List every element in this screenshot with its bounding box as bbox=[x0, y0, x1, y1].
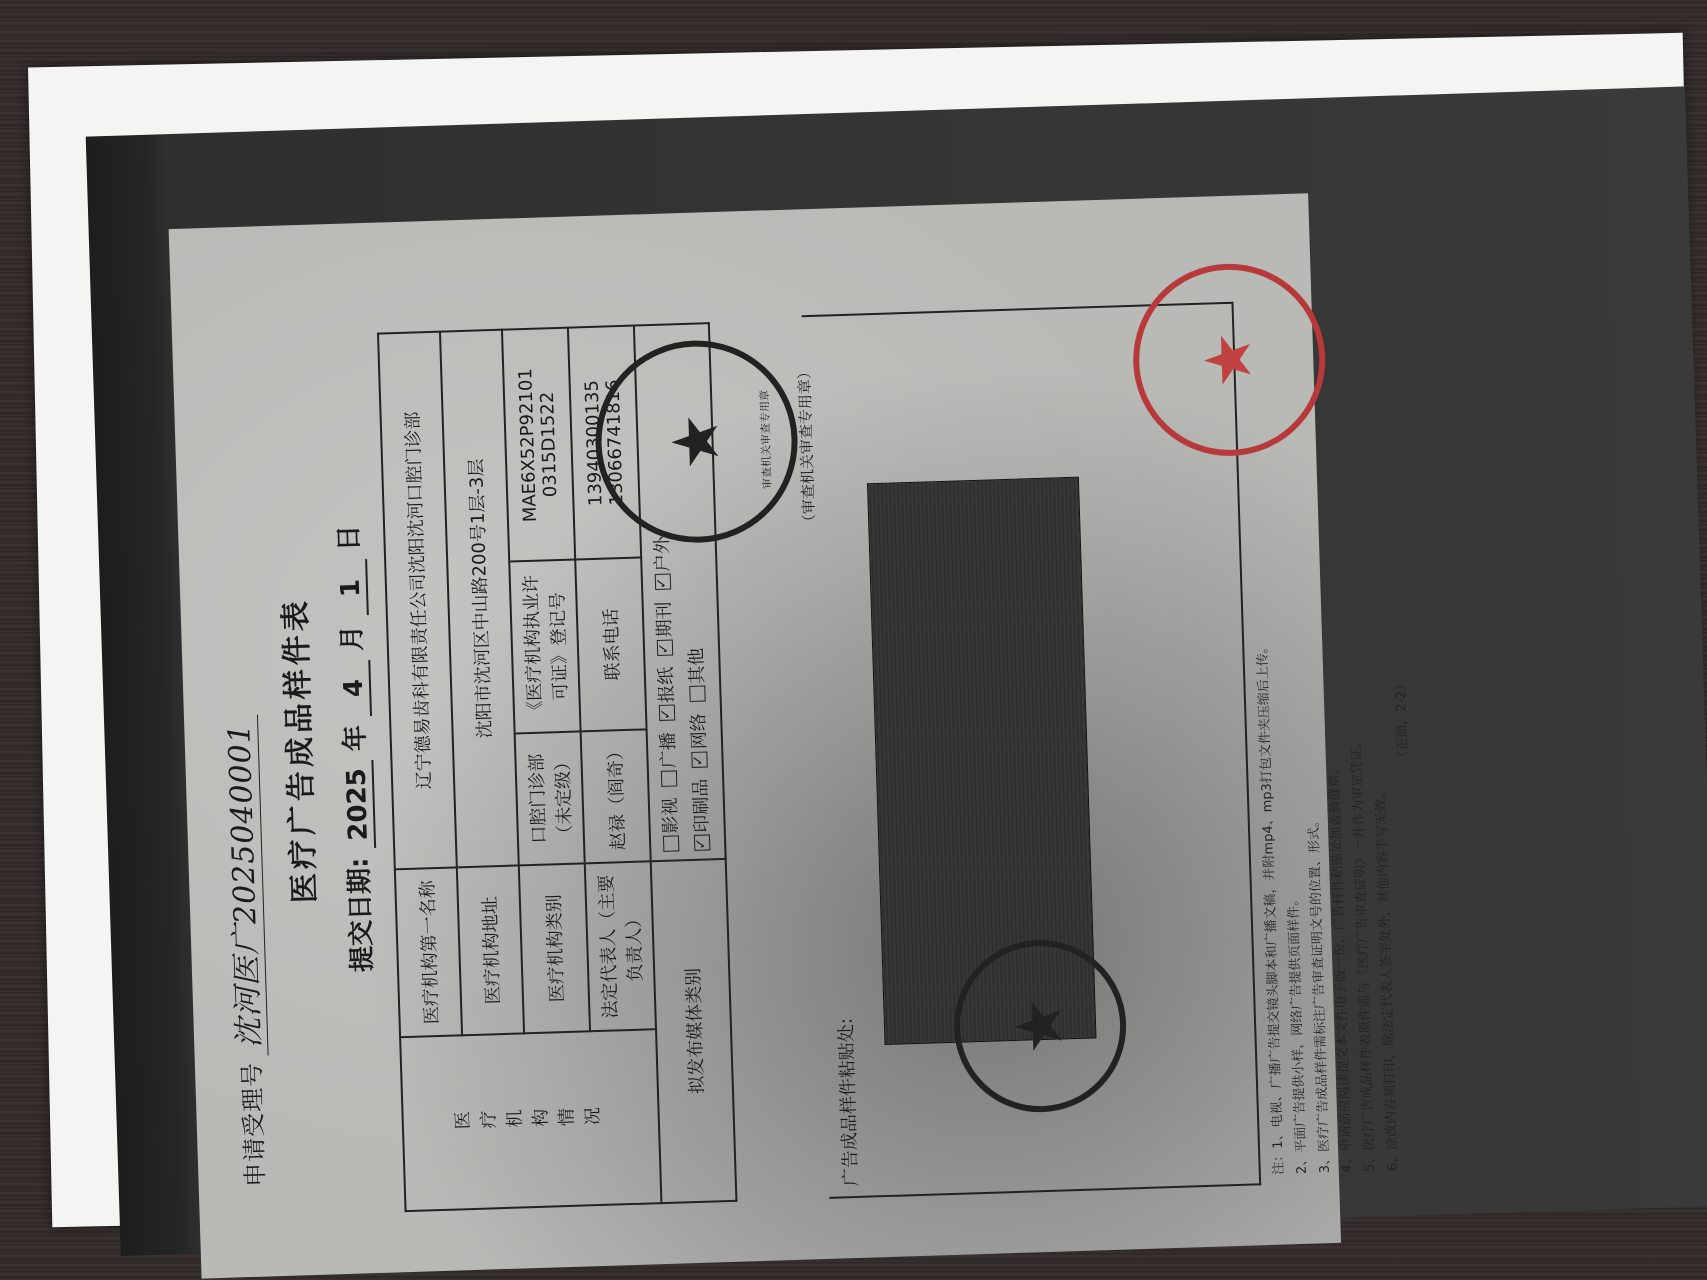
address-label: 医疗机构地址 bbox=[457, 865, 524, 1035]
license-value: MAE6X52P92101 0315D1522 bbox=[502, 328, 575, 562]
media-label: 拟发布媒体类别 bbox=[651, 859, 737, 1203]
section-label: 医疗机构情况 bbox=[400, 1029, 661, 1211]
checkbox-icon bbox=[657, 639, 673, 655]
category-value: 口腔门诊部（未定级） bbox=[515, 731, 585, 865]
day-unit: 日 bbox=[334, 525, 365, 552]
media-option[interactable]: 广播 bbox=[658, 732, 681, 787]
checkbox-icon bbox=[691, 751, 707, 767]
category-label: 医疗机构类别 bbox=[519, 863, 590, 1033]
media-option[interactable]: 期刊 bbox=[654, 601, 677, 656]
checkbox-icon bbox=[689, 686, 705, 702]
media-option[interactable]: 印刷品 bbox=[690, 778, 713, 851]
date-label: 提交日期: bbox=[344, 857, 378, 972]
media-option[interactable]: 报纸 bbox=[656, 666, 679, 721]
star-icon: ★ bbox=[1007, 996, 1073, 1055]
media-option[interactable]: 网络 bbox=[688, 713, 711, 768]
representative-value: 赵禄（阎奇） bbox=[581, 729, 651, 863]
document-canvas: 申请受理号沈河医广2025040001 医疗广告成品样件表 提交日期: 2025… bbox=[169, 193, 1341, 1278]
year-unit: 年 bbox=[340, 725, 371, 752]
application-number-label: 申请受理号 bbox=[238, 1061, 270, 1187]
license-label: 《医疗机构执业许可证》登记号 bbox=[509, 560, 580, 733]
photocopy-area: 申请受理号沈河医广2025040001 医疗广告成品样件表 提交日期: 2025… bbox=[86, 86, 1707, 1256]
month-unit: 月 bbox=[337, 625, 368, 652]
application-number-value: 沈河医广2025040001 bbox=[222, 715, 269, 1057]
notes-section: 注：1、电视、广播广告提交镜头脚本和广播文稿，并附mp4、mp3打包文件夹压缩后… bbox=[1241, 270, 1428, 1175]
date-month: 4 bbox=[338, 660, 372, 717]
checkbox-icon bbox=[659, 705, 675, 721]
media-option[interactable]: 户外 bbox=[652, 536, 675, 591]
checkbox-icon bbox=[694, 834, 710, 850]
star-icon: ★ bbox=[664, 412, 730, 471]
phone-label: 联系电话 bbox=[575, 558, 646, 731]
paste-label: 广告成品样件粘贴处: bbox=[832, 1018, 863, 1187]
media-option[interactable]: 影视 bbox=[660, 797, 683, 852]
checkbox-icon bbox=[655, 574, 671, 590]
name-label: 医疗机构第一名称 bbox=[395, 867, 462, 1037]
form-page: 申请受理号沈河医广2025040001 医疗广告成品样件表 提交日期: 2025… bbox=[169, 193, 1341, 1278]
paper-sheet: 申请受理号沈河医广2025040001 医疗广告成品样件表 提交日期: 2025… bbox=[28, 33, 1707, 1227]
representative-label: 法定代表人（主要负责人） bbox=[585, 861, 656, 1031]
media-option[interactable]: 其他 bbox=[686, 648, 709, 703]
checkbox-icon bbox=[661, 770, 677, 786]
application-number: 申请受理号沈河医广2025040001 bbox=[214, 715, 273, 1188]
checkbox-icon bbox=[663, 835, 679, 851]
date-year: 2025 bbox=[341, 760, 376, 849]
date-day: 1 bbox=[335, 560, 369, 617]
